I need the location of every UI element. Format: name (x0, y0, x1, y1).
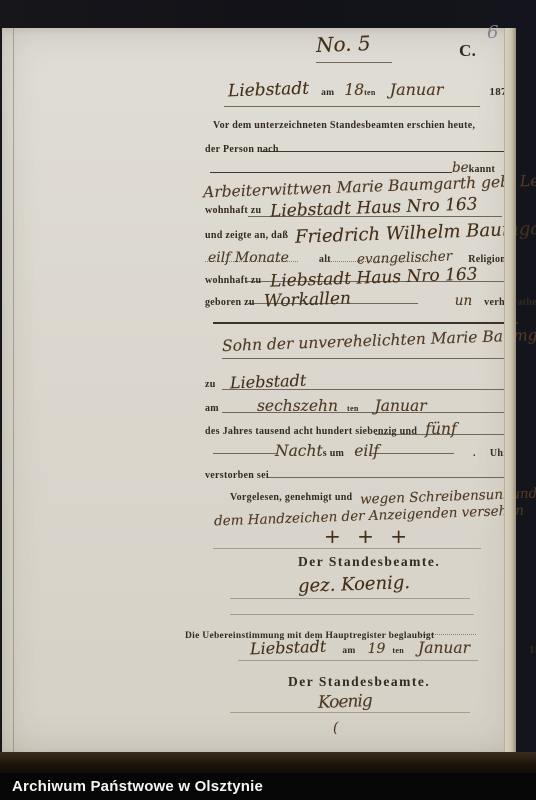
rule (213, 548, 481, 549)
month-entry: Januar (390, 80, 444, 99)
ten-suffix-2: ten (347, 404, 359, 413)
archive-photo: No. 5 C. 6 Liebstadt am 18ten Januar 187… (0, 0, 536, 800)
closing-row-2: dem Handzeichen der Anzeigenden versehen (214, 508, 524, 525)
year-printed-text: des Jahres tausend acht hundert siebenzi… (205, 426, 417, 437)
death-place-row: zu Liebstadt (205, 374, 306, 392)
relation-row: Sohn der unverehelichten Marie Baumgarth (222, 332, 536, 350)
header-date-row: Liebstadt am 18ten Januar 1875 (228, 82, 517, 100)
zu-label: zu (205, 379, 216, 390)
flourish-row: ( (333, 720, 338, 737)
cert-place-entry: Liebstadt (250, 639, 327, 658)
rule (213, 322, 518, 324)
residence-entry-1: Liebstadt Haus Nro 163 (270, 196, 478, 221)
cert-am-label: am (342, 646, 355, 656)
rule (230, 712, 470, 713)
death-time-row: Nachts um eilf . Uhr (275, 443, 508, 461)
age-entry: eilf Monate (208, 250, 289, 266)
rule (238, 660, 478, 661)
rule (268, 477, 514, 478)
verstorben-row: verstorben sei (205, 466, 269, 483)
registrar-signature-row-2: Koenig (318, 694, 372, 712)
marital-mark: un (455, 293, 472, 309)
birthplace-entry: Workallen (263, 290, 351, 311)
hour-entry: eilf (354, 442, 379, 460)
registrar-signature: gez. Koenig. (298, 574, 411, 597)
vorgelesen-label: Vorgelesen, genehmigt und (230, 492, 352, 503)
um-label: s um (323, 448, 344, 459)
pencil-folio: 6 (487, 24, 498, 43)
archive-name: Archiwum Państwowe w Olsztynie (12, 778, 263, 795)
closing-row-1: Vorgelesen, genehmigt und wegen Schreibe… (230, 488, 536, 505)
wohnhaft-zu-label-2: wohnhaft zu (205, 275, 261, 286)
page-stack-edge (504, 28, 516, 755)
registrar-title: Der Standesbeamte. (298, 554, 440, 569)
archive-watermark-bar: Archiwum Państwowe w Olsztynie (0, 773, 536, 800)
report-row: und zeigte an, daß Friedrich Wilhelm Bau… (205, 224, 536, 243)
register-page: No. 5 C. 6 Liebstadt am 18ten Januar 187… (2, 28, 516, 755)
verstorben-label: verstorben sei (205, 470, 269, 481)
form-letter-text: C. (459, 41, 476, 60)
residence-entry-2: Liebstadt Haus Nro 163 (270, 266, 478, 291)
death-day-entry: sechszehn (257, 397, 338, 415)
rule (210, 172, 452, 173)
declarant-row: Arbeiterwittwen Marie Baumgarth geb. Lei… (203, 178, 536, 196)
rule (213, 453, 277, 454)
registrar-signature-row: gez. Koenig. (298, 576, 410, 595)
rule (316, 62, 392, 63)
page-fold-line (13, 28, 14, 755)
alt-label: alt (319, 254, 331, 265)
registrar-title-row-2: Der Standesbeamte. (288, 674, 430, 691)
dot-mark: . (473, 448, 476, 459)
person-nach-row: der Person nach (205, 140, 279, 157)
ten-suffix: ten (364, 88, 376, 97)
registrar-signature-2: Koenig (318, 693, 372, 713)
certification-date-row: Liebstadt am 19 ten Januar 1875 (250, 640, 536, 658)
form-letter: C. (459, 42, 476, 61)
declarant-entry: Arbeiterwittwen Marie Baumgarth geb. Lei… (203, 172, 536, 201)
zeigte-an-label: und zeigte an, daß (205, 230, 288, 241)
am-label-2: am (205, 403, 219, 414)
cross-marks: + + + (324, 524, 412, 548)
registrar-title-row: Der Standesbeamte. (298, 554, 440, 571)
pencil-folio-number: 6 (487, 22, 498, 43)
religion-entry: evangelischer (357, 249, 453, 266)
wohnhaft-zu-label: wohnhaft zu (205, 205, 261, 216)
book-bottom-edge (0, 752, 536, 775)
cert-year-printed: 187 (529, 644, 536, 656)
geboren-zu-label: geboren zu (205, 297, 255, 308)
place-entry: Liebstadt (228, 81, 310, 102)
residence-row-2: wohnhaft zu Liebstadt Haus Nro 163 (205, 270, 478, 288)
rule (230, 598, 470, 599)
residence-row-1: wohnhaft zu Liebstadt Haus Nro 163 (205, 200, 478, 218)
day-entry: 18 (344, 81, 364, 99)
intro-text: Vor dem unterzeichneten Standesbeamten e… (213, 120, 475, 131)
time-of-day-entry: Nacht (275, 442, 323, 460)
rule (222, 358, 514, 359)
am-label: am (321, 88, 334, 98)
death-day-row: am sechszehn ten Januar (205, 398, 427, 416)
religion-label: Religion (468, 254, 506, 265)
death-year-row: des Jahres tausend acht hundert siebenzi… (205, 421, 457, 439)
death-place-entry: Liebstadt (229, 373, 306, 392)
record-number-text: No. 5 (316, 33, 371, 56)
cert-month-entry: Januar (418, 639, 470, 657)
cert-day-entry: 19 (368, 641, 386, 657)
relation-entry: Sohn der unverehelichten Marie Baumgarth (222, 326, 536, 354)
registrar-title-2: Der Standesbeamte. (288, 674, 430, 689)
intro-line: Vor dem unterzeichneten Standesbeamten e… (213, 116, 475, 133)
rule (224, 106, 480, 107)
cert-ten-suffix: ten (392, 646, 404, 655)
person-nach-label: der Person nach (205, 144, 279, 155)
death-month-entry: Januar (375, 397, 427, 415)
rule (262, 151, 514, 152)
record-number: No. 5 (316, 34, 371, 56)
year-entry: fünf (425, 420, 456, 438)
deceased-name-entry: Friedrich Wilhelm Baumgarth (295, 219, 536, 247)
flourish-mark: ( (333, 720, 338, 736)
birthplace-row: geboren zu Workallen un verheirathet (205, 292, 536, 310)
handmarks-row: + + + (324, 526, 412, 548)
rule (230, 614, 474, 615)
